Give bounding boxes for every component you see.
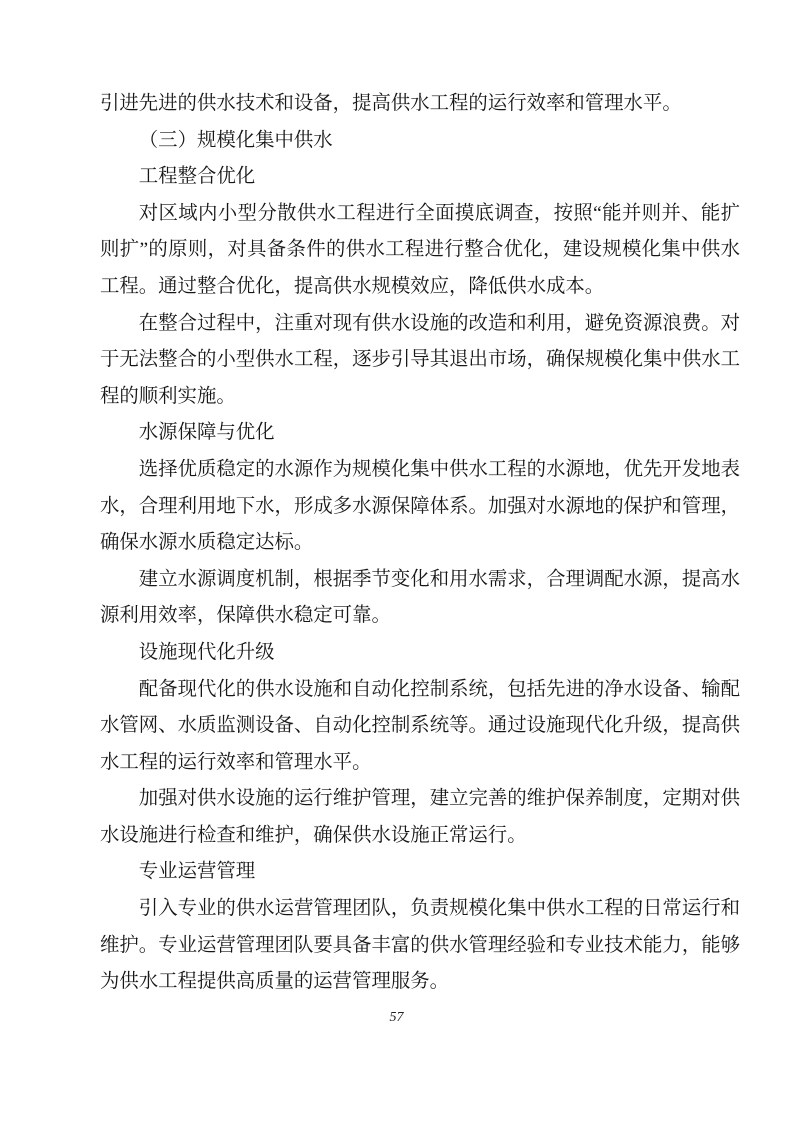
paragraph-continuation: 引进先进的供水技术和设备，提高供水工程的运行效率和管理水平。 xyxy=(100,86,740,123)
paragraph: 配备现代化的供水设施和自动化控制系统，包括先进的净水设备、输配水管网、水质监测设… xyxy=(100,672,740,782)
paragraph: 引入专业的供水运营管理团队，负责规模化集中供水工程的日常运行和维护。专业运营管理… xyxy=(100,891,740,1001)
topic-heading-professional-operation: 专业运营管理 xyxy=(100,854,740,891)
body-text: 引进先进的供水技术和设备，提高供水工程的运行效率和管理水平。 （三）规模化集中供… xyxy=(100,86,740,1001)
paragraph: 建立水源调度机制，根据季节变化和用水需求，合理调配水源，提高水源利用效率，保障供… xyxy=(100,562,740,635)
paragraph: 加强对供水设施的运行维护管理，建立完善的维护保养制度，定期对供水设施进行检查和维… xyxy=(100,781,740,854)
paragraph: 对区域内小型分散供水工程进行全面摸底调查，按照“能并则并、能扩则扩”的原则，对具… xyxy=(100,196,740,306)
page-number: 57 xyxy=(0,1008,793,1028)
subsection-heading: （三）规模化集中供水 xyxy=(100,123,740,160)
paragraph: 在整合过程中，注重对现有供水设施的改造和利用，避免资源浪费。对于无法整合的小型供… xyxy=(100,306,740,416)
paragraph: 选择优质稳定的水源作为规模化集中供水工程的水源地，优先开发地表水，合理利用地下水… xyxy=(100,452,740,562)
topic-heading-water-source: 水源保障与优化 xyxy=(100,415,740,452)
topic-heading-project-integration: 工程整合优化 xyxy=(100,159,740,196)
topic-heading-facility-modernization: 设施现代化升级 xyxy=(100,635,740,672)
document-page: 引进先进的供水技术和设备，提高供水工程的运行效率和管理水平。 （三）规模化集中供… xyxy=(0,0,793,1122)
